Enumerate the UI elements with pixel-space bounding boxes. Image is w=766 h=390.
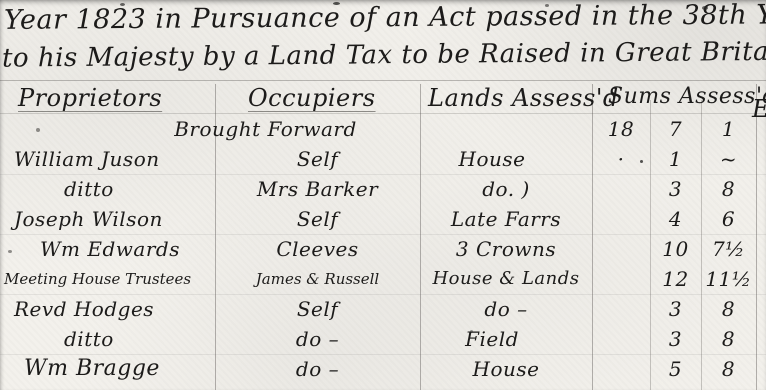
- ink-speckle: [545, 4, 549, 7]
- occupier-cell: James & Russell: [215, 264, 420, 294]
- sum-pence-cell: 1: [701, 114, 756, 144]
- ink-speckle: [8, 250, 12, 253]
- lands-cell: Late Farrs: [420, 204, 592, 234]
- sum-pence-cell: 6: [701, 204, 756, 234]
- sum-pence-cell: 8: [701, 354, 756, 384]
- table-row: Revd Hodges Self do – 3 8: [0, 294, 766, 324]
- sum-pence-cell: ~: [701, 144, 756, 174]
- proprietor-cell: Revd Hodges: [0, 294, 215, 324]
- lands-cell: Field: [406, 324, 578, 354]
- ink-speckle: [333, 2, 340, 5]
- occupier-cell: Self: [215, 294, 420, 324]
- occupier-cell: do –: [215, 354, 420, 384]
- sum-shillings-cell: 5: [650, 354, 701, 384]
- sum-pence-cell: 8: [701, 294, 756, 324]
- occupier-cell: Mrs Barker: [215, 174, 420, 204]
- lands-cell: House & Lands: [420, 264, 592, 294]
- lands-cell: [420, 114, 592, 144]
- table-row: ditto do – Field 3 8: [0, 324, 766, 354]
- ink-speckle: [702, 6, 708, 10]
- lands-cell: House: [420, 354, 592, 384]
- sum-pounds-cell: [592, 234, 650, 264]
- sum-pounds-cell: [592, 294, 650, 324]
- occupier-cell: Self: [215, 204, 420, 234]
- sum-shillings-cell: 1: [650, 144, 701, 174]
- sum-pounds-cell: [592, 324, 650, 354]
- header-occupiers: Occupiers: [248, 84, 376, 112]
- sum-pounds-cell: [592, 204, 650, 234]
- sum-shillings-cell: 7: [650, 114, 701, 144]
- proprietor-cell: Wm Edwards: [0, 234, 215, 264]
- table-row: ditto Mrs Barker do. ) 3 8: [0, 174, 766, 204]
- occupier-cell: Cleeves: [215, 234, 420, 264]
- heading-line-1: Year 1823 in Pursuance of an Act passed …: [4, 0, 766, 36]
- lands-cell: 3 Crowns: [420, 234, 592, 264]
- sum-pounds-cell: ·: [592, 144, 650, 174]
- sum-shillings-cell: 3: [650, 324, 701, 354]
- proprietor-cell: ditto: [0, 174, 215, 204]
- proprietor-cell: ditto: [0, 324, 215, 354]
- sum-shillings-cell: 3: [650, 294, 701, 324]
- proprietor-cell: Wm Bragge: [0, 354, 215, 384]
- lands-cell: do. ): [420, 174, 592, 204]
- sum-pence-cell: 8: [701, 324, 756, 354]
- sum-shillings-cell: 3: [650, 174, 701, 204]
- sum-pence-cell: 8: [701, 174, 756, 204]
- table-body: Brought Forward 18 7 1 William Juson Sel…: [0, 114, 766, 384]
- ink-speckle: [120, 3, 125, 6]
- table-header-row: Proprietors Occupiers Lands Assess'd Sum…: [0, 84, 766, 114]
- sum-pence-cell: 7½: [701, 234, 756, 264]
- ink-speckle: [470, 330, 473, 333]
- proprietor-cell: William Juson: [0, 144, 215, 174]
- table-row: Brought Forward 18 7 1: [0, 114, 766, 144]
- header-lands-assessed: Lands Assess'd: [428, 84, 619, 112]
- proprietor-cell: Joseph Wilson: [0, 204, 215, 234]
- lands-cell: House: [406, 144, 578, 174]
- table-row: Joseph Wilson Self Late Farrs 4 6: [0, 204, 766, 234]
- header-sums-assessed: Sums Assess'd: [608, 84, 766, 109]
- header-proprietors: Proprietors: [18, 84, 162, 112]
- sum-shillings-cell: 12: [650, 264, 701, 294]
- proprietor-cell: Meeting House Trustees: [0, 264, 215, 294]
- table-row: Wm Edwards Cleeves 3 Crowns 10 7½: [0, 234, 766, 264]
- sum-pounds-cell: [592, 354, 650, 384]
- occupier-cell: do –: [215, 324, 420, 354]
- scanned-ledger-page: Year 1823 in Pursuance of an Act passed …: [0, 0, 766, 390]
- sum-pence-cell: 11½: [701, 264, 756, 294]
- horizontal-rule: [0, 80, 766, 81]
- table-row: Wm Bragge do – House 5 8: [0, 354, 766, 384]
- sum-shillings-cell: 4: [650, 204, 701, 234]
- heading-line-2: to his Majesty by a Land Tax to be Raise…: [2, 36, 766, 73]
- table-row: Meeting House Trustees James & Russell H…: [0, 264, 766, 294]
- table-row: William Juson Self House · 1 ~: [0, 144, 766, 174]
- sum-pounds-cell: [592, 174, 650, 204]
- sum-pounds-cell: 18: [592, 114, 650, 144]
- occupier-cell: Brought Forward: [163, 114, 368, 144]
- sum-pounds-cell: [592, 264, 650, 294]
- occupier-cell: Self: [215, 144, 420, 174]
- ink-speckle: [640, 160, 643, 163]
- ink-speckle: [36, 128, 40, 132]
- sum-shillings-cell: 10: [650, 234, 701, 264]
- lands-cell: do –: [420, 294, 592, 324]
